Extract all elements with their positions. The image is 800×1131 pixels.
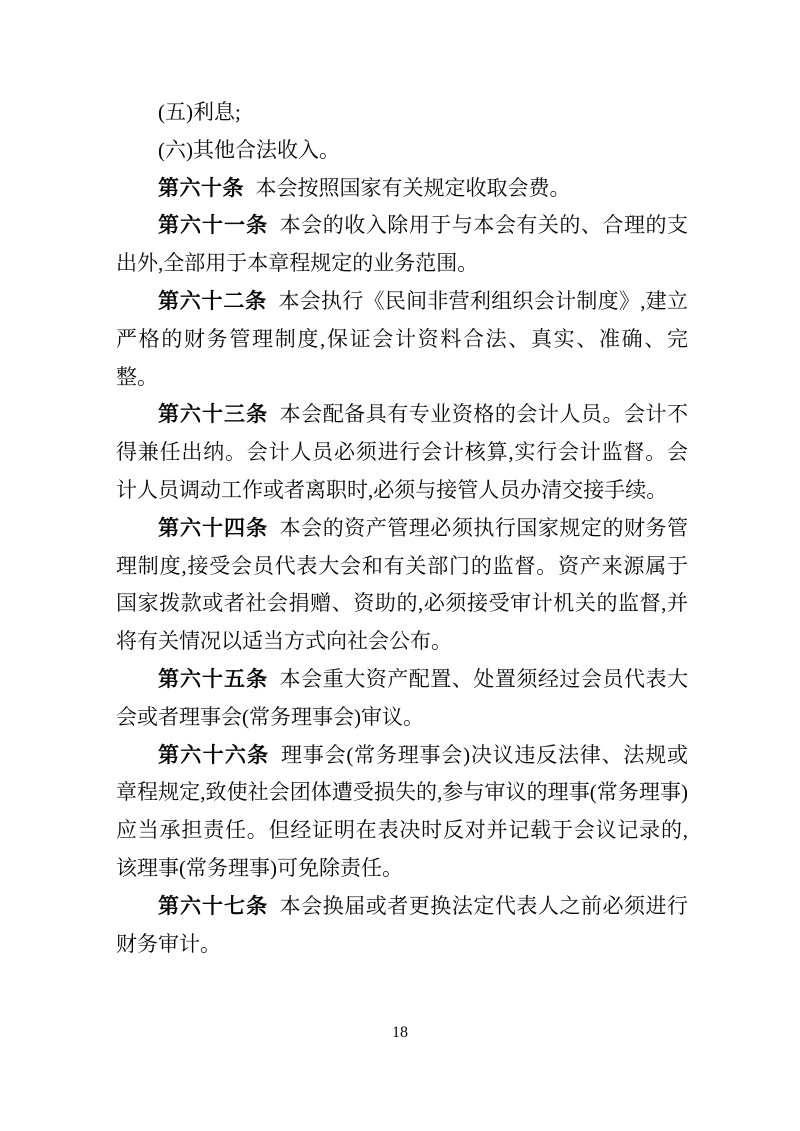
article-67-number: 第六十七条 [158,895,280,918]
article-65: 第六十五条本会重大资产配置、处置须经过会员代表大会或者理事会(常务理事会)审议。 [116,661,688,737]
article-64-number: 第六十四条 [158,517,280,540]
article-66-number: 第六十六条 [158,744,281,767]
document-page: (五)利息; (六)其他合法收入。 第六十条本会按照国家有关规定收取会费。 第六… [0,0,800,1131]
article-62: 第六十二条本会执行《民间非营利组织会计制度》,建立严格的财务管理制度,保证会计资… [116,283,688,396]
article-61: 第六十一条本会的收入除用于与本会有关的、合理的支出外,全部用于本章程规定的业务范… [116,207,688,283]
article-60: 第六十条本会按照国家有关规定收取会费。 [116,170,688,208]
article-67: 第六十七条本会换届或者更换法定代表人之前必须进行财务审计。 [116,888,688,964]
page-number: 18 [0,1024,800,1042]
document-body: (五)利息; (六)其他合法收入。 第六十条本会按照国家有关规定收取会费。 第六… [116,94,688,963]
article-63: 第六十三条本会配备具有专业资格的会计人员。会计不得兼任出纳。会计人员必须进行会计… [116,396,688,509]
article-63-number: 第六十三条 [158,403,280,426]
article-61-number: 第六十一条 [158,214,280,237]
article-66: 第六十六条理事会(常务理事会)决议违反法律、法规或章程规定,致使社会团体遭受损失… [116,737,688,888]
clause-item-5: (五)利息; [116,94,688,132]
clause-item-6: (六)其他合法收入。 [116,132,688,170]
article-60-text: 本会按照国家有关规定收取会费。 [256,176,571,200]
article-64: 第六十四条本会的资产管理必须执行国家规定的财务管理制度,接受会员代表大会和有关部… [116,510,688,661]
article-65-number: 第六十五条 [158,668,280,691]
article-62-number: 第六十二条 [158,290,278,313]
article-60-number: 第六十条 [158,177,256,200]
